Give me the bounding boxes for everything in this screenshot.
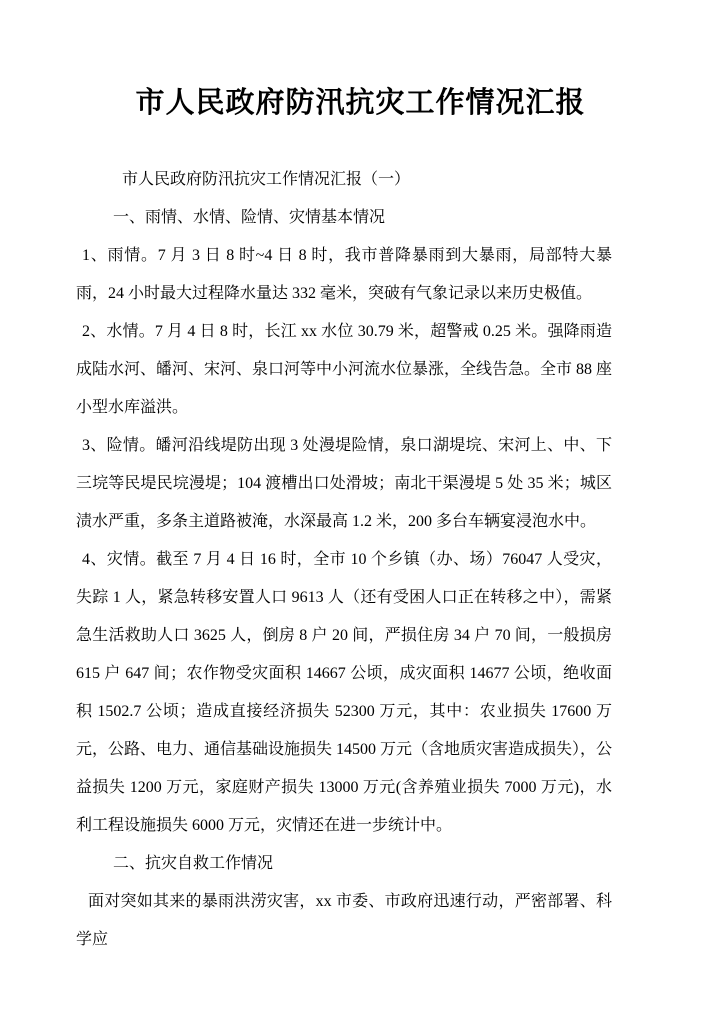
- paragraph-water-situation: 2、水情。7 月 4 日 8 时，长江 xx 水位 30.79 米，超警戒 0.…: [76, 313, 612, 427]
- document-subtitle: 市人民政府防汛抗灾工作情况汇报（一）: [76, 161, 612, 199]
- document-page: 市人民政府防汛抗灾工作情况汇报 市人民政府防汛抗灾工作情况汇报（一） 一、雨情、…: [0, 0, 721, 1020]
- section-heading-rain-water-danger-disaster: 一、雨情、水情、险情、灾情基本情况: [76, 199, 612, 237]
- paragraph-danger-situation: 3、险情。皤河沿线堤防出现 3 处漫堤险情，泉口湖堤垸、宋河上、中、下三垸等民堤…: [76, 427, 612, 541]
- paragraph-disaster-situation: 4、灾情。截至 7 月 4 日 16 时，全市 10 个乡镇（办、场）76047…: [76, 541, 612, 845]
- paragraph-rainfall-situation: 1、雨情。7 月 3 日 8 时~4 日 8 时，我市普降暴雨到大暴雨，局部特大…: [76, 237, 612, 313]
- paragraph-response-intro: 面对突如其来的暴雨洪涝灾害，xx 市委、市政府迅速行动，严密部署、科学应: [76, 883, 612, 959]
- document-title: 市人民政府防汛抗灾工作情况汇报: [0, 82, 721, 124]
- section-heading-self-rescue-work: 二、抗灾自救工作情况: [76, 845, 612, 883]
- document-body: 市人民政府防汛抗灾工作情况汇报（一） 一、雨情、水情、险情、灾情基本情况 1、雨…: [76, 161, 612, 959]
